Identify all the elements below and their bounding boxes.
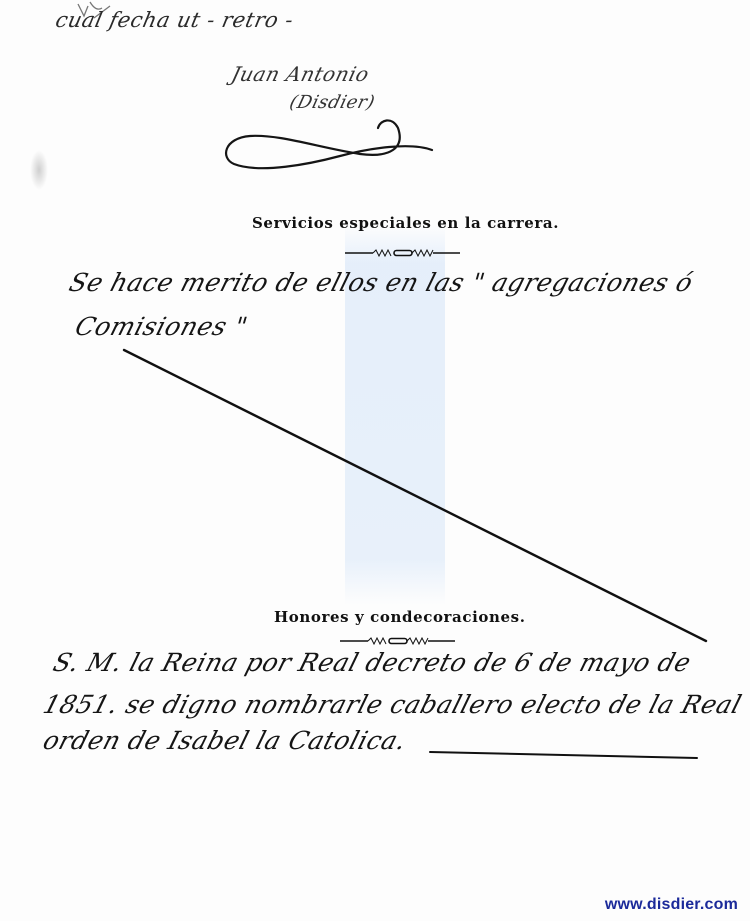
ornament-divider-icon: [340, 636, 455, 646]
document-page: cual fecha ut - retro - Juan Antonio (Di…: [0, 0, 750, 921]
section-title-honors: Honores y condecoraciones.: [274, 608, 526, 626]
honors-line-2: 1851. se digno nombrarle caballero elect…: [40, 690, 745, 719]
honors-line-3: orden de Isabel la Catolica.: [40, 726, 410, 755]
diagonal-strike-line: [0, 0, 750, 921]
honors-line-1: S. M. la Reina por Real decreto de 6 de …: [50, 648, 695, 677]
watermark-link[interactable]: www.disdier.com: [605, 896, 738, 914]
